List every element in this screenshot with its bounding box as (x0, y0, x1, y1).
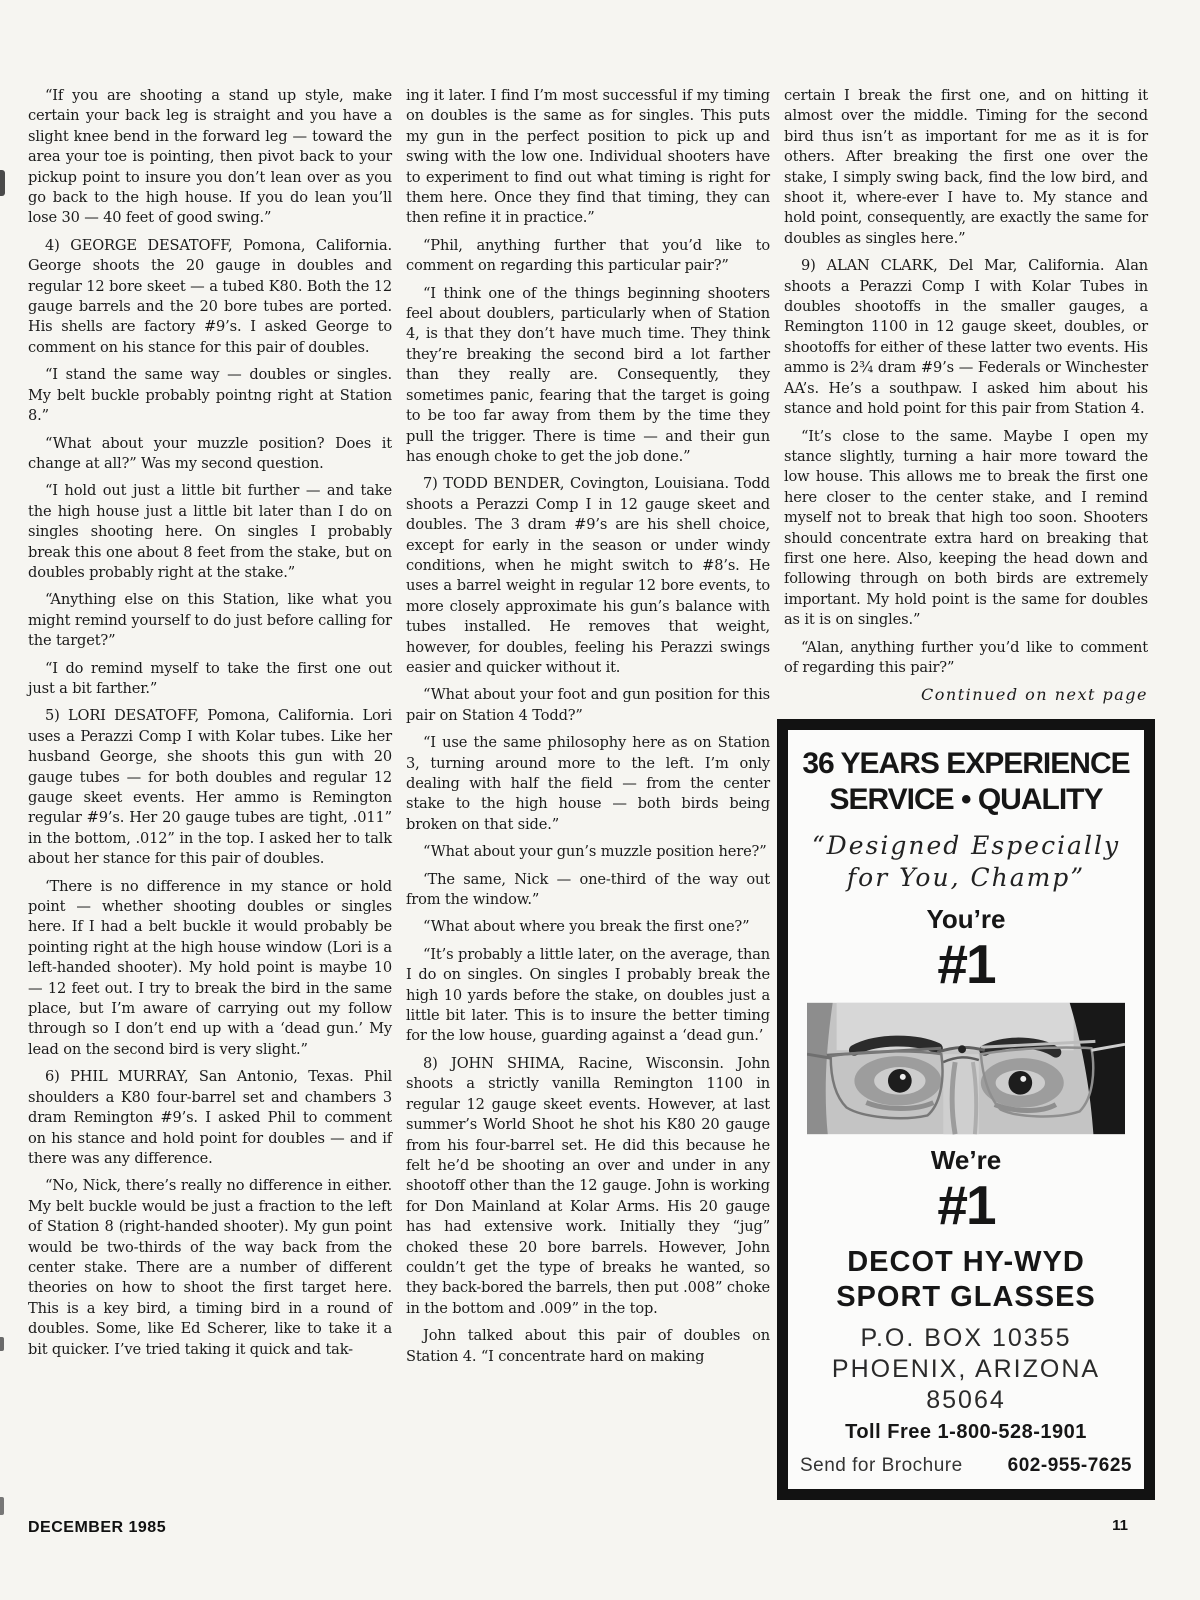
paragraph: 9) ALAN CLARK, Del Mar, California. Alan… (784, 256, 1148, 419)
ad-number-one-bottom: #1 (798, 1177, 1134, 1233)
ad-headline-service-quality: SERVICE • QUALITY (798, 782, 1134, 818)
paragraph: ing it later. I find I’m most successful… (406, 86, 770, 229)
paragraph: “What about your gun’s muzzle position h… (406, 842, 770, 862)
paragraph: 5) LORI DESATOFF, Pomona, California. Lo… (28, 706, 392, 869)
scan-artifact (0, 170, 5, 196)
paragraph: “I hold out just a little bit further — … (28, 481, 392, 583)
ad-address-po-box: P.O. BOX 10355 (798, 1323, 1134, 1354)
ad-brand-line2: SPORT GLASSES (798, 1280, 1134, 1315)
ad-headline-experience: 36 YEARS EXPERIENCE (798, 746, 1134, 782)
footer-issue-date: DECEMBER 1985 (28, 1519, 166, 1537)
ad-tollfree-number: Toll Free 1-800-528-1901 (798, 1419, 1134, 1445)
scan-artifact (0, 1497, 4, 1515)
paragraph: “It’s probably a little later, on the av… (406, 945, 770, 1047)
paragraph: “Phil, anything further that you’d like … (406, 236, 770, 277)
ad-youre-label: You’re (798, 904, 1134, 934)
ad-phone-number: 602-955-7625 (1008, 1455, 1132, 1477)
paragraph: ‘There is no difference in my stance or … (28, 877, 392, 1061)
paragraph: “No, Nick, there’s really no difference … (28, 1176, 392, 1360)
ad-brochure-label: Send for Brochure (800, 1455, 963, 1477)
paragraph: “What about your foot and gun position f… (406, 685, 770, 726)
paragraph: “Anything else on this Station, like wha… (28, 590, 392, 651)
paragraph: ‘The same, Nick — one-third of the way o… (406, 870, 770, 911)
sport-glasses-photo (807, 1002, 1125, 1135)
paragraph: certain I break the first one, and on hi… (784, 86, 1148, 249)
magazine-page: “If you are shooting a stand up style, m… (0, 0, 1200, 1600)
paragraph: “I think one of the things beginning sho… (406, 284, 770, 468)
article-column-1: “If you are shooting a stand up style, m… (28, 86, 392, 1500)
article-column-2: ing it later. I find I’m most successful… (406, 86, 770, 1500)
paragraph: “If you are shooting a stand up style, m… (28, 86, 392, 229)
ad-tagline-line1: “Designed Especially (798, 830, 1134, 862)
paragraph: “I do remind myself to take the first on… (28, 659, 392, 700)
paragraph: John talked about this pair of doubles o… (406, 1326, 770, 1367)
ad-address-city: PHOENIX, ARIZONA 85064 (798, 1354, 1134, 1416)
page-number: 11 (1112, 1517, 1128, 1534)
ad-bottom-row: Send for Brochure 602-955-7625 (798, 1455, 1134, 1477)
decot-hy-wyd-ad: 36 YEARS EXPERIENCE SERVICE • QUALITY “D… (777, 719, 1155, 1500)
paragraph: “I use the same philosophy here as on St… (406, 733, 770, 835)
ad-were-label: We’re (798, 1145, 1134, 1175)
article-columns: “If you are shooting a stand up style, m… (28, 86, 1148, 1500)
paragraph: 6) PHIL MURRAY, San Antonio, Texas. Phil… (28, 1067, 392, 1169)
continued-note: Continued on next page (784, 685, 1148, 704)
paragraph: 8) JOHN SHIMA, Racine, Wisconsin. John s… (406, 1054, 770, 1319)
ad-tagline-line2: for You, Champ” (798, 862, 1134, 894)
paragraph: 4) GEORGE DESATOFF, Pomona, California. … (28, 236, 392, 358)
paragraph: 7) TODD BENDER, Covington, Louisiana. To… (406, 474, 770, 678)
scan-artifact (0, 1337, 4, 1351)
article-column-3: certain I break the first one, and on hi… (784, 86, 1148, 1500)
paragraph: “What about where you break the first on… (406, 917, 770, 937)
paragraph: “What about your muzzle position? Does i… (28, 434, 392, 475)
paragraph: “I stand the same way — doubles or singl… (28, 365, 392, 426)
ad-brand-line1: DECOT HY-WYD (798, 1245, 1134, 1280)
paragraph: “It’s close to the same. Maybe I open my… (784, 427, 1148, 631)
ad-number-one-top: #1 (798, 936, 1134, 992)
paragraph: “Alan, anything further you’d like to co… (784, 638, 1148, 679)
